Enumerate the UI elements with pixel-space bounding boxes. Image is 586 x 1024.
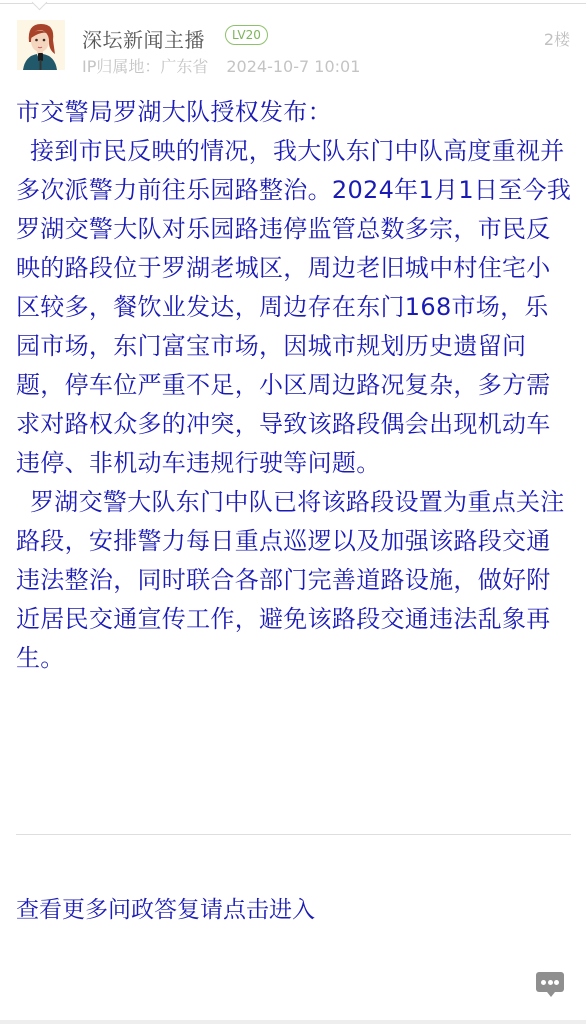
author-name[interactable]: 深坛新闻主播 bbox=[82, 24, 205, 53]
content-title: 市交警局罗湖大队授权发布： bbox=[16, 93, 572, 132]
post-content: 市交警局罗湖大队授权发布： 接到市民反映的情况，我大队东门中队高度重视并多次派警… bbox=[16, 93, 572, 678]
avatar-anchor-woman-icon bbox=[17, 20, 65, 70]
post-header: 深坛新闻主播 LV20 IP归属地：广东省2024-10-7 10:01 2楼 bbox=[0, 0, 586, 90]
dot bbox=[541, 980, 546, 985]
content-paragraph-2: 罗湖交警大队东门中队已将该路段设置为重点关注路段，安排警力每日重点巡逻以及加强该… bbox=[16, 483, 572, 678]
floor-number: 2楼 bbox=[544, 27, 570, 50]
ip-location: IP归属地：广东省 bbox=[82, 57, 208, 76]
bottom-separator bbox=[0, 1020, 586, 1024]
content-paragraph-1: 接到市民反映的情况，我大队东门中队高度重视并多次派警力前往乐园路整治。2024年… bbox=[16, 132, 572, 483]
dot bbox=[554, 980, 559, 985]
view-more-replies-link[interactable]: 查看更多问政答复请点击进入 bbox=[16, 891, 315, 924]
comment-bubble-icon[interactable] bbox=[536, 972, 564, 992]
content-divider bbox=[16, 834, 571, 835]
post-meta: IP归属地：广东省2024-10-7 10:01 bbox=[82, 54, 360, 77]
post-timestamp: 2024-10-7 10:01 bbox=[226, 57, 360, 76]
level-badge: LV20 bbox=[225, 25, 268, 45]
avatar[interactable] bbox=[17, 20, 65, 70]
dot bbox=[548, 980, 553, 985]
